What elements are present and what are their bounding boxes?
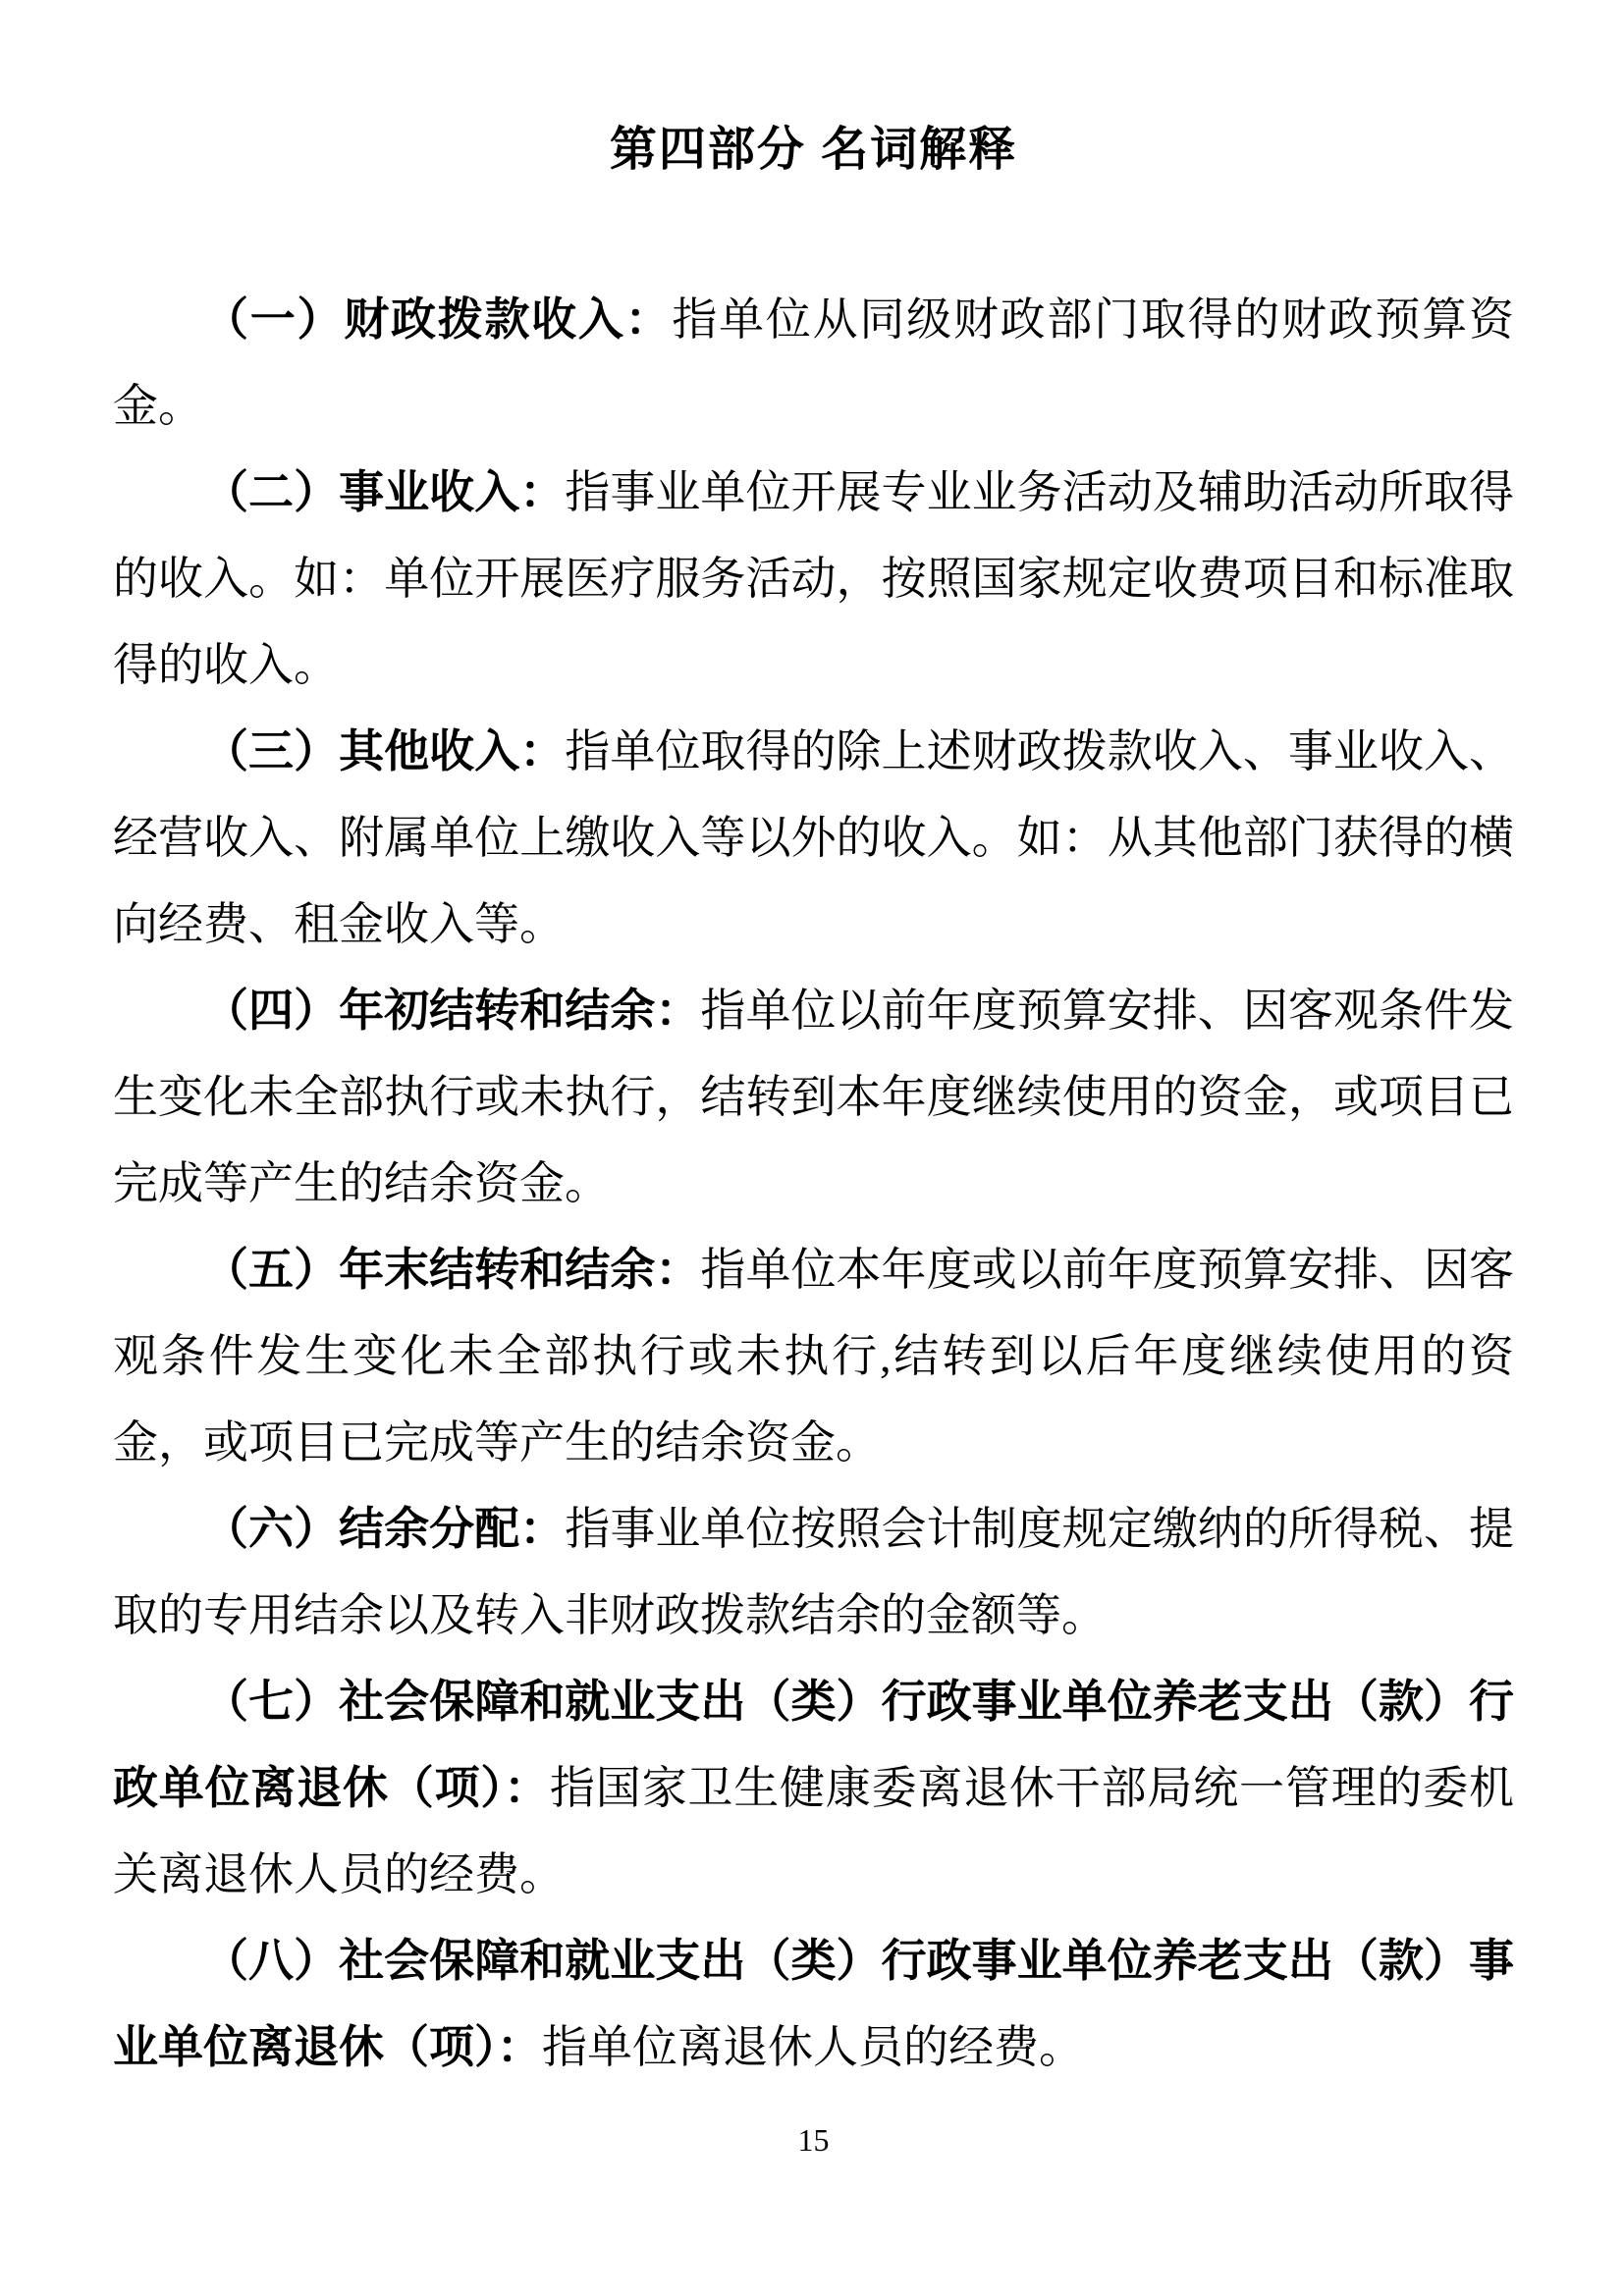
term-label: （六）结余分配： bbox=[203, 1504, 565, 1554]
definition-paragraph: （八）社会保障和就业支出（类）行政事业单位养老支出（款）事业单位离退休（项）：指… bbox=[113, 1918, 1514, 2091]
term-label: （一）财政拨款收入： bbox=[203, 294, 672, 345]
definition-paragraph: （一）财政拨款收入：指单位从同级财政部门取得的财政预算资金。 bbox=[113, 277, 1514, 450]
term-definition: 指单位离退休人员的经费。 bbox=[542, 2022, 1084, 2072]
definition-paragraph: （五）年末结转和结余：指单位本年度或以前年度预算安排、因客观条件发生变化未全部执… bbox=[113, 1227, 1514, 1486]
definition-paragraph: （二）事业收入：指事业单位开展专业业务活动及辅助活动所取得的收入。如：单位开展医… bbox=[113, 450, 1514, 709]
term-label: （二）事业收入： bbox=[203, 467, 565, 517]
definitions-section: （一）财政拨款收入：指单位从同级财政部门取得的财政预算资金。 （二）事业收入：指… bbox=[113, 277, 1514, 2091]
document-page: 第四部分 名词解释 （一）财政拨款收入：指单位从同级财政部门取得的财政预算资金。… bbox=[0, 0, 1624, 2296]
definition-paragraph: （六）结余分配：指事业单位按照会计制度规定缴纳的所得税、提取的专用结余以及转入非… bbox=[113, 1486, 1514, 1659]
page-number: 15 bbox=[113, 2120, 1514, 2160]
page-title: 第四部分 名词解释 bbox=[113, 118, 1514, 183]
definition-paragraph: （七）社会保障和就业支出（类）行政事业单位养老支出（款）行政单位离退休（项）：指… bbox=[113, 1659, 1514, 1918]
definition-paragraph: （三）其他收入：指单位取得的除上述财政拨款收入、事业收入、经营收入、附属单位上缴… bbox=[113, 709, 1514, 968]
definition-paragraph: （四）年初结转和结余：指单位以前年度预算安排、因客观条件发生变化未全部执行或未执… bbox=[113, 968, 1514, 1227]
term-label: （五）年末结转和结余： bbox=[203, 1245, 700, 1295]
term-label: （四）年初结转和结余： bbox=[203, 986, 700, 1036]
term-label: （三）其他收入： bbox=[203, 726, 565, 776]
